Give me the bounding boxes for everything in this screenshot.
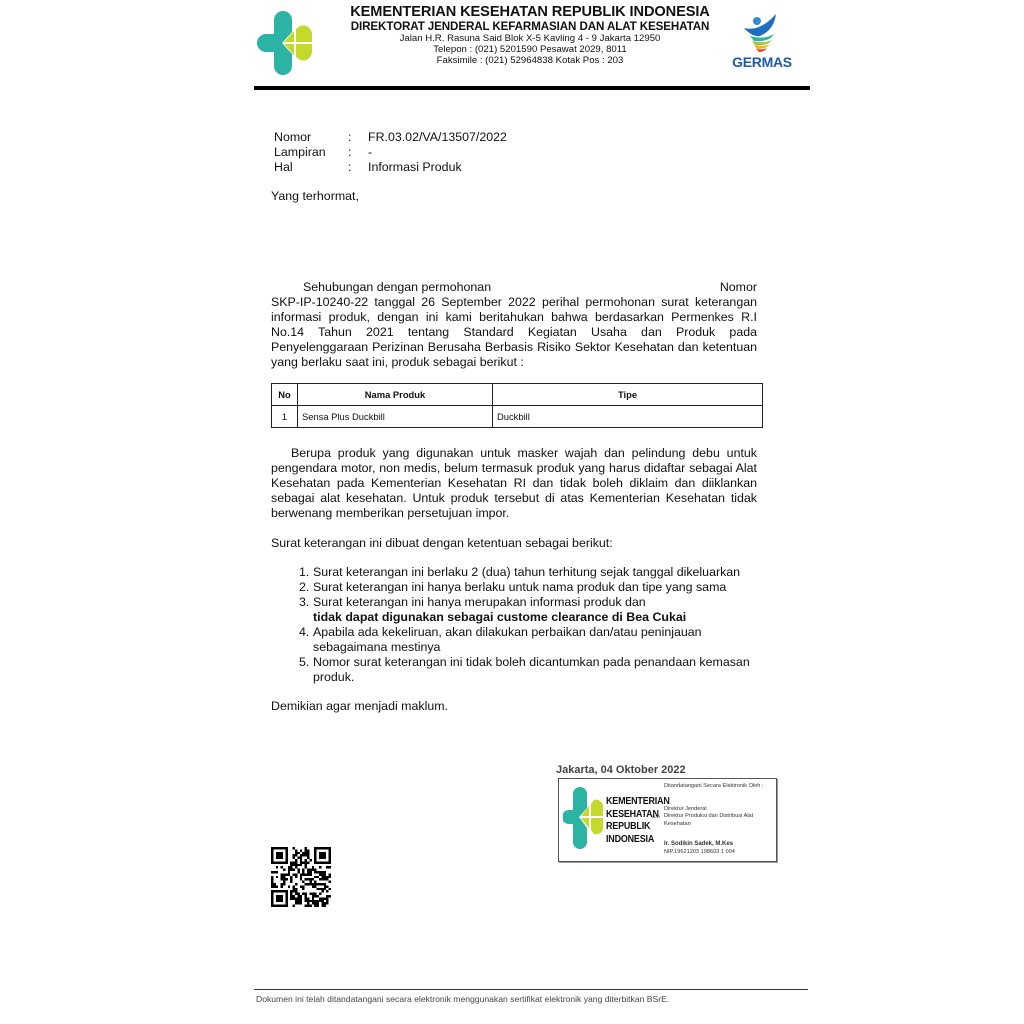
list-item: 4. Apabila ada kekeliruan, akan dilakuka… bbox=[299, 625, 769, 655]
list-item: 5. Nomor surat keterangan ini tidak bole… bbox=[299, 655, 769, 685]
product-table: No Nama Produk Tipe 1 Sensa Plus Duckbil… bbox=[271, 383, 763, 428]
letterhead: KEMENTERIAN KESEHATAN REPUBLIK INDONESIA… bbox=[330, 4, 730, 67]
fax: Faksimile : (021) 52964838 Kotak Pos : 2… bbox=[330, 56, 730, 67]
column-header-nama-produk: Nama Produk bbox=[298, 384, 493, 406]
electronic-signature-stamp: KEMENTERIAN KESEHATAN REPUBLIK INDONESIA… bbox=[558, 778, 777, 862]
meta-row-hal: Hal : Informasi Produk bbox=[274, 160, 507, 175]
signature-org-name: KEMENTERIAN KESEHATAN REPUBLIK INDONESIA bbox=[606, 796, 670, 846]
table-row: 1 Sensa Plus Duckbill Duckbill bbox=[272, 406, 763, 428]
signature-place-date: Jakarta, 04 Oktober 2022 bbox=[556, 764, 686, 776]
germas-logo-icon: GERMAS bbox=[730, 10, 794, 72]
meta-row-nomor: Nomor : FR.03.02/VA/13507/2022 bbox=[274, 130, 507, 145]
list-item: 3. Surat keterangan ini hanya merupakan … bbox=[299, 595, 769, 625]
signer-name: Ir. Sodikin Sadek, M.Kes bbox=[664, 841, 774, 849]
cell-tipe: Duckbill bbox=[493, 406, 763, 428]
list-item: 1. Surat keterangan ini berlaku 2 (dua) … bbox=[299, 565, 769, 580]
letter-number: FR.03.02/VA/13507/2022 bbox=[368, 130, 507, 145]
kemenkes-logo-icon bbox=[563, 784, 605, 856]
header-divider bbox=[254, 86, 810, 90]
letter-meta: Nomor : FR.03.02/VA/13507/2022 Lampiran … bbox=[274, 130, 507, 175]
list-item: 2. Surat keterangan ini hanya berlaku un… bbox=[299, 580, 769, 595]
meta-row-lampiran: Lampiran : - bbox=[274, 145, 507, 160]
cell-nama-produk: Sensa Plus Duckbill bbox=[298, 406, 493, 428]
paragraph-product-info: Berupa produk yang digunakan untuk maske… bbox=[271, 446, 757, 521]
salutation: Yang terhormat, bbox=[271, 189, 359, 203]
table-header-row: No Nama Produk Tipe bbox=[272, 384, 763, 406]
conditions-list: 1. Surat keterangan ini berlaku 2 (dua) … bbox=[299, 565, 769, 685]
signer-nip: NIP.19621203 198603 1 004 bbox=[664, 849, 774, 857]
paragraph-intro: Sehubungan dengan permohonan Nomor SKP-I… bbox=[271, 280, 757, 370]
signature-details: Ditandatangani Secara Elektronik Oleh : … bbox=[664, 783, 774, 857]
cell-no: 1 bbox=[272, 406, 298, 428]
footer-divider bbox=[254, 989, 808, 990]
qr-code-icon bbox=[271, 847, 331, 907]
paragraph-conditions-intro: Surat keterangan ini dibuat dengan keten… bbox=[271, 536, 757, 551]
letter-subject: Informasi Produk bbox=[368, 160, 462, 175]
footer-note: Dokumen ini telah ditandatangani secara … bbox=[256, 994, 669, 1004]
closing-sentence: Demikian agar menjadi maklum. bbox=[271, 699, 448, 713]
directorate-name: DIREKTORAT JENDERAL KEFARMASIAN DAN ALAT… bbox=[330, 20, 730, 33]
column-header-no: No bbox=[272, 384, 298, 406]
germas-label: GERMAS bbox=[730, 54, 794, 70]
bold-warning: tidak dapat digunakan sebagai custome cl… bbox=[313, 610, 769, 625]
kemenkes-logo-icon bbox=[256, 10, 318, 76]
ministry-name: KEMENTERIAN KESEHATAN REPUBLIK INDONESIA bbox=[330, 4, 730, 20]
signer-title: Direktur Jenderal bbox=[664, 806, 774, 814]
column-header-tipe: Tipe bbox=[493, 384, 763, 406]
signer-subtitle: Direktur Produksi dan Distribusi Alat Ke… bbox=[664, 813, 774, 828]
